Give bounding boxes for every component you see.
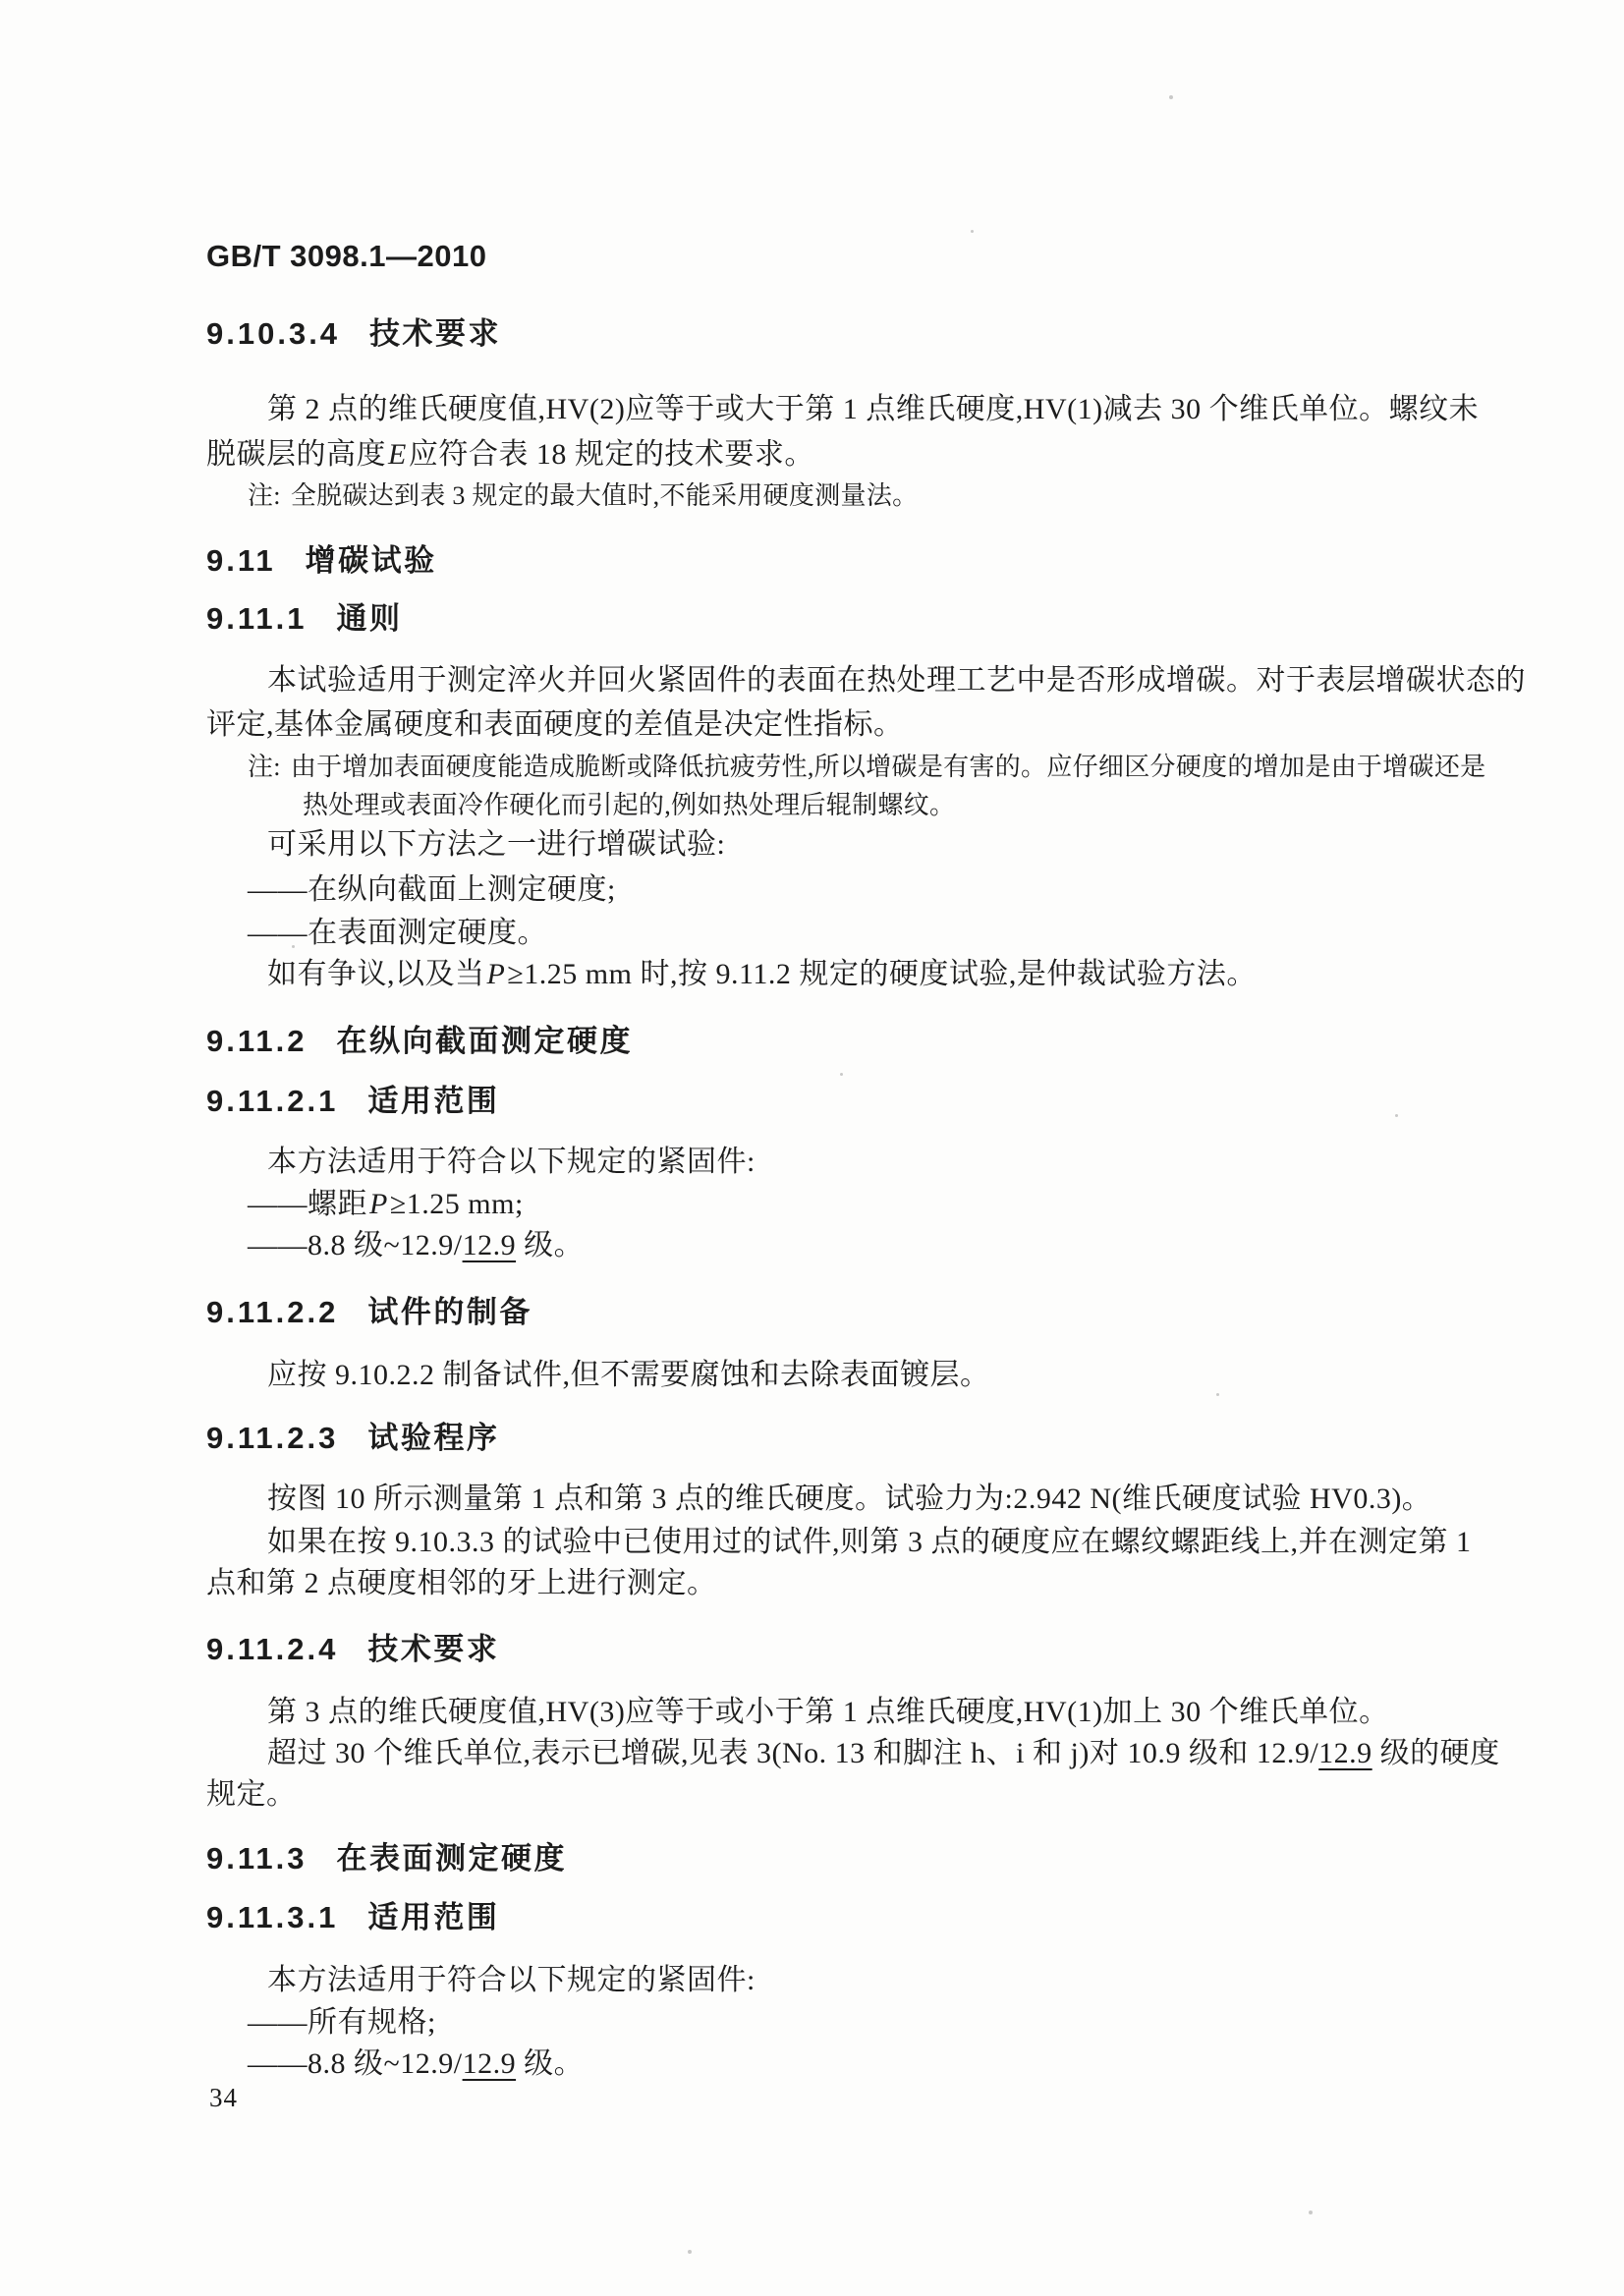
heading-title: 适用范围: [367, 1084, 499, 1118]
section-heading-9-11: 9.11增碳试验: [206, 543, 437, 579]
text-segment: 级。: [516, 1229, 584, 1261]
paragraph-line: 按图 10 所示测量第 1 点和第 3 点的维氏硬度。试验力为:2.942 N(…: [267, 1483, 1431, 1517]
scan-speck: [292, 945, 295, 948]
note-line: 注:由于增加表面硬度能造成脆断或降低抗疲劳性,所以增碳是有害的。应仔细区分硬度的…: [248, 753, 1485, 782]
text-segment: ——8.8 级~12.9/: [248, 1229, 463, 1261]
scanned-document-page: GB/T 3098.1—2010 9.10.3.4技术要求 第 2 点的维氏硬度…: [0, 0, 1624, 2296]
paragraph-line: 规定。: [206, 1778, 297, 1813]
scan-speck: [688, 2250, 692, 2254]
paragraph-line: 如果在按 9.10.3.3 的试验中已使用过的试件,则第 3 点的硬度应在螺纹螺…: [267, 1526, 1472, 1560]
paragraph-line: 点和第 2 点硬度相邻的牙上进行测定。: [206, 1567, 717, 1601]
heading-title: 适用范围: [367, 1900, 499, 1934]
scan-speck: [1169, 95, 1173, 99]
heading-title: 技术要求: [367, 1632, 499, 1666]
heading-number: 9.11.2.3: [206, 1421, 338, 1455]
paragraph-line: 本试验适用于测定淬火并回火紧固件的表面在热处理工艺中是否形成增碳。对于表层增碳状…: [267, 664, 1526, 699]
heading-number: 9.11.3.1: [206, 1900, 338, 1934]
variable-P: P: [485, 958, 508, 990]
list-item-line: ——螺距P≥1.25 mm;: [248, 1188, 524, 1222]
heading-number: 9.10.3.4: [206, 316, 340, 351]
text-segment: ≥1.25 mm;: [390, 1188, 524, 1220]
paragraph-line: 第 3 点的维氏硬度值,HV(3)应等于或小于第 1 点维氏硬度,HV(1)加上…: [267, 1696, 1389, 1730]
text-segment: 级的硬度: [1372, 1737, 1500, 1769]
scan-speck: [971, 230, 974, 233]
text-segment: ——螺距: [248, 1188, 367, 1220]
scan-speck: [1216, 1393, 1219, 1396]
paragraph-line: 本方法适用于符合以下规定的紧固件:: [267, 1964, 756, 1998]
paragraph-line: 评定,基体金属硬度和表面硬度的差值是决定性指标。: [206, 708, 904, 743]
heading-title: 在表面测定硬度: [336, 1841, 567, 1876]
underlined-grade: 12.9: [1318, 1737, 1372, 1769]
list-item-line: ——所有规格;: [248, 2006, 436, 2041]
paragraph-line: 超过 30 个维氏单位,表示已增碳,见表 3(No. 13 和脚注 h、i 和 …: [267, 1737, 1500, 1771]
heading-number: 9.11.2.4: [206, 1632, 338, 1666]
section-heading-9-11-2-1: 9.11.2.1适用范围: [206, 1084, 499, 1119]
text-segment: 脱碳层的高度: [206, 438, 386, 471]
heading-number: 9.11.3: [206, 1841, 307, 1876]
section-heading-9-11-2-3: 9.11.2.3试验程序: [206, 1421, 499, 1456]
section-heading-9-11-2-2: 9.11.2.2试件的制备: [206, 1295, 532, 1330]
note-text: 全脱碳达到表 3 规定的最大值时,不能采用硬度测量法。: [291, 481, 919, 510]
paragraph-line: 脱碳层的高度E应符合表 18 规定的技术要求。: [206, 438, 814, 473]
heading-title: 增碳试验: [306, 543, 437, 578]
paragraph-line: 第 2 点的维氏硬度值,HV(2)应等于或大于第 1 点维氏硬度,HV(1)减去…: [267, 393, 1479, 427]
list-item-line: ——8.8 级~12.9/12.9 级。: [248, 2047, 584, 2082]
text-segment: 应符合表 18 规定的技术要求。: [409, 438, 814, 471]
heading-number: 9.11.2.2: [206, 1295, 338, 1329]
heading-number: 9.11.2.1: [206, 1084, 338, 1118]
page-number: 34: [209, 2083, 238, 2113]
section-heading-9-11-2-4: 9.11.2.4技术要求: [206, 1632, 499, 1667]
heading-number: 9.11.2: [206, 1024, 307, 1058]
list-item-line: ——在纵向截面上测定硬度;: [248, 873, 616, 908]
text-segment: 级。: [516, 2047, 584, 2080]
note-line: 热处理或表面冷作硬化而引起的,例如热处理后辊制螺纹。: [303, 791, 955, 820]
note-label: 注:: [248, 753, 281, 781]
section-heading-9-11-3: 9.11.3在表面测定硬度: [206, 1841, 567, 1876]
paragraph-line: 可采用以下方法之一进行增碳试验:: [267, 828, 725, 863]
heading-title: 试验程序: [367, 1421, 499, 1455]
text-segment: 如有争议,以及当: [267, 958, 485, 990]
heading-title: 通则: [336, 601, 402, 636]
heading-title: 在纵向截面测定硬度: [336, 1024, 633, 1058]
note-text: 由于增加表面硬度能造成脆断或降低抗疲劳性,所以增碳是有害的。应仔细区分硬度的增加…: [291, 753, 1486, 781]
text-segment: ≥1.25 mm 时,按 9.11.2 规定的硬度试验,是仲裁试验方法。: [507, 958, 1257, 990]
section-heading-9-11-3-1: 9.11.3.1适用范围: [206, 1900, 499, 1935]
heading-title: 试件的制备: [367, 1295, 532, 1329]
paragraph-line: 如有争议,以及当P≥1.25 mm 时,按 9.11.2 规定的硬度试验,是仲裁…: [267, 958, 1257, 992]
heading-number: 9.11: [206, 543, 276, 578]
standard-number-header: GB/T 3098.1—2010: [206, 239, 486, 274]
note-line: 注:全脱碳达到表 3 规定的最大值时,不能采用硬度测量法。: [248, 481, 918, 511]
underlined-grade: 12.9: [463, 1229, 517, 1261]
variable-E: E: [386, 438, 409, 471]
scan-speck: [1309, 2211, 1313, 2214]
list-item-line: ——8.8 级~12.9/12.9 级。: [248, 1229, 584, 1263]
section-heading-9-11-1: 9.11.1通则: [206, 601, 402, 637]
section-heading-9-11-2: 9.11.2在纵向截面测定硬度: [206, 1024, 633, 1059]
scan-speck: [840, 1073, 843, 1076]
text-segment: ——8.8 级~12.9/: [248, 2047, 463, 2080]
note-label: 注:: [248, 481, 281, 510]
scan-speck: [1395, 1114, 1398, 1117]
variable-P: P: [367, 1188, 390, 1220]
underlined-grade: 12.9: [463, 2047, 517, 2080]
heading-title: 技术要求: [369, 316, 501, 351]
paragraph-line: 本方法适用于符合以下规定的紧固件:: [267, 1146, 756, 1180]
paragraph-line: 应按 9.10.2.2 制备试件,但不需要腐蚀和去除表面镀层。: [267, 1359, 990, 1393]
heading-number: 9.11.1: [206, 601, 307, 636]
text-segment: 超过 30 个维氏单位,表示已增碳,见表 3(No. 13 和脚注 h、i 和 …: [267, 1737, 1318, 1769]
section-heading-9-10-3-4: 9.10.3.4技术要求: [206, 316, 501, 352]
